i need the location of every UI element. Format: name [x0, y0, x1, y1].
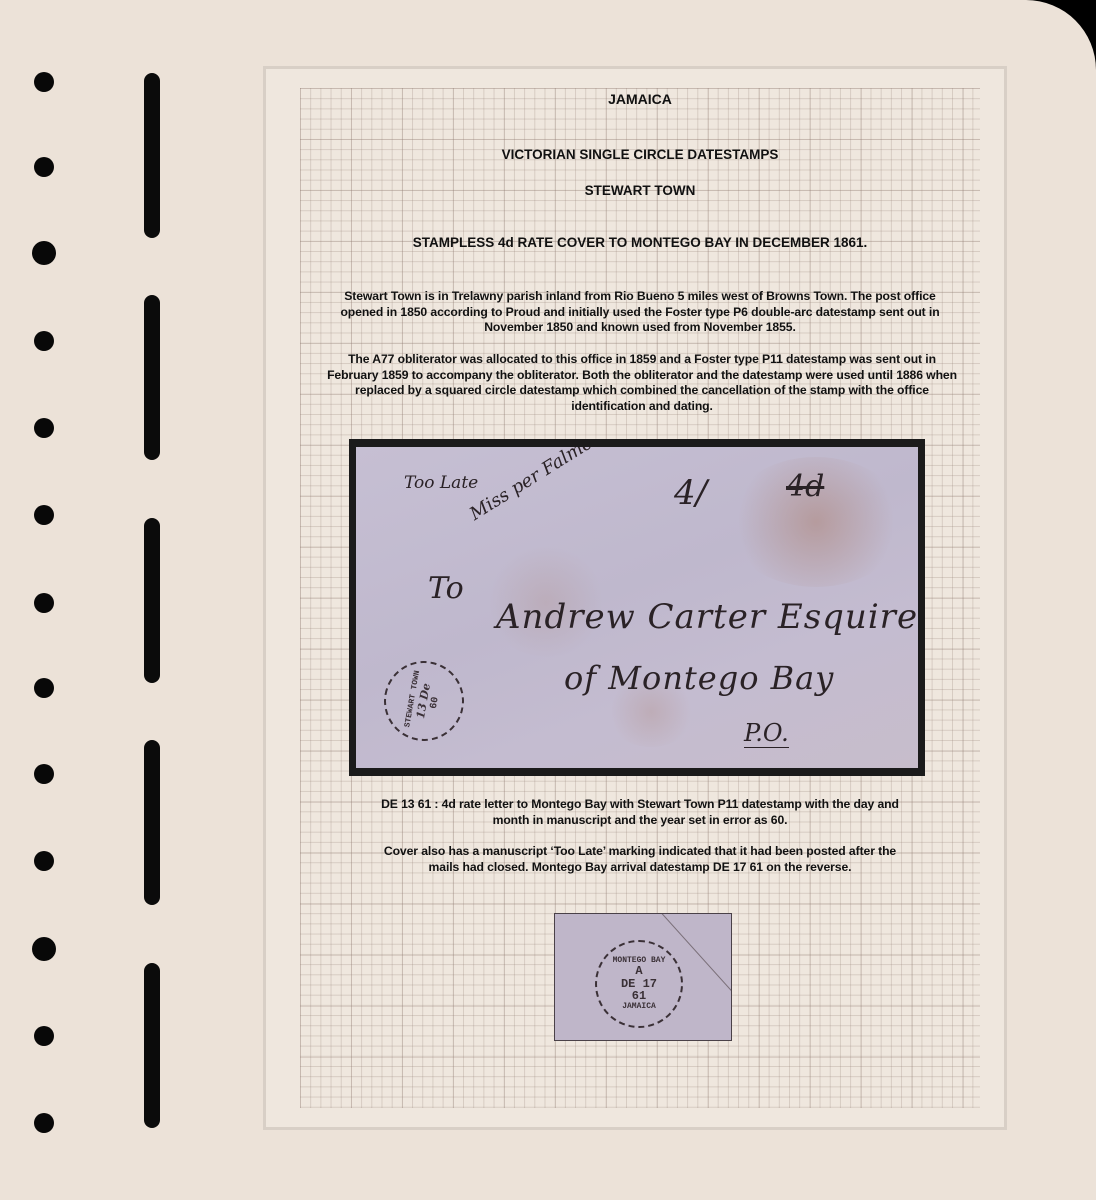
manuscript-to: To	[428, 571, 464, 606]
binder-hole	[34, 1113, 54, 1133]
manuscript-route: Miss per Falmouth	[466, 447, 622, 525]
item-heading: STAMPLESS 4d RATE COVER TO MONTEGO BAY I…	[300, 235, 980, 250]
page-subtitle: VICTORIAN SINGLE CIRCLE DATESTAMPS	[300, 147, 980, 162]
datestamp-letter: A	[635, 965, 642, 978]
binder-hole	[34, 331, 54, 351]
caption-paragraph: Cover also has a manuscript ‘Too Late’ m…	[380, 844, 900, 875]
binder-hole	[32, 937, 56, 961]
binder-slot	[144, 73, 160, 238]
binder-slot	[144, 740, 160, 905]
caption-paragraph: DE 13 61 : 4d rate letter to Montego Bay…	[380, 797, 900, 828]
binder-hole	[32, 241, 56, 265]
binder-hole	[34, 505, 54, 525]
addressee-line1: Andrew Carter Esquire	[496, 597, 918, 637]
page-title: JAMAICA	[300, 91, 980, 107]
binder-hole	[34, 157, 54, 177]
manuscript-too-late: Too Late	[404, 473, 478, 493]
binder-hole	[34, 851, 54, 871]
binder-slot	[144, 963, 160, 1128]
manuscript-mark: 4d	[786, 469, 824, 504]
binder-hole	[34, 1026, 54, 1046]
binder-slot	[144, 518, 160, 683]
reverse-fragment-image: MONTEGO BAY A DE 17 61 JAMAICA	[554, 913, 732, 1041]
datestamp-year: 60	[428, 696, 441, 710]
datestamp-ring-bottom: JAMAICA	[622, 1003, 656, 1011]
binder-hole	[34, 764, 54, 784]
manuscript-rate: 4/	[674, 473, 707, 513]
binder-hole	[34, 678, 54, 698]
addressee-line2: of Montego Bay	[564, 659, 834, 697]
stewart-town-datestamp: STEWART TOWN 13 De 60	[378, 655, 471, 748]
binder-hole	[34, 593, 54, 613]
intro-paragraph: The A77 obliterator was allocated to thi…	[326, 352, 958, 414]
intro-paragraph: Stewart Town is in Trelawny parish inlan…	[326, 289, 954, 336]
office-name: STEWART TOWN	[300, 183, 980, 198]
binder-slot	[144, 295, 160, 460]
datestamp-year: 61	[632, 990, 646, 1003]
album-page: JAMAICA VICTORIAN SINGLE CIRCLE DATESTAM…	[0, 0, 1096, 1200]
addressee-line3: P.O.	[744, 719, 789, 748]
binder-hole	[34, 72, 54, 92]
cover-image: Too Late Miss per Falmouth 4/ 4d To Andr…	[356, 447, 918, 768]
binder-hole	[34, 418, 54, 438]
montego-bay-datestamp: MONTEGO BAY A DE 17 61 JAMAICA	[595, 940, 683, 1028]
